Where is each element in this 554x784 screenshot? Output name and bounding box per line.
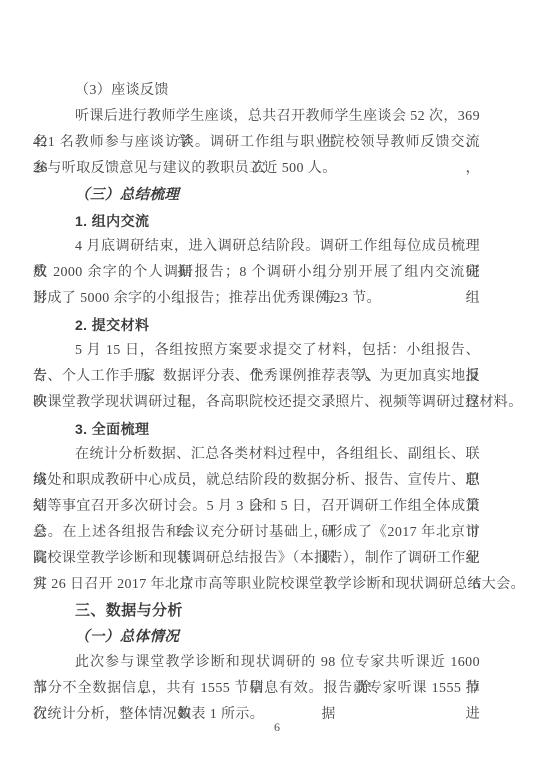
paragraph-line: 告、个人工作手册、数据评分表、优秀课例推荐表等。为更加真实地反映记录这 — [33, 364, 480, 390]
paragraph-line: 成 2000 余字的个人调研报告；8 个调研小组分别开展了组内交流研讨，每组 — [33, 260, 480, 286]
paragraph-line: 会。在上述各组报告和会议充分研讨基础上，形成了《2017 年北京市高等职业 — [33, 520, 480, 546]
paragraph-line: 月 26 日召开 2017 年北京市高等职业院校课堂教学诊断和现状调研总结大会。 — [33, 572, 480, 598]
paragraph-line: 成处和职成教研中心成员，就总结阶段的数据分析、报告、宣传片、总结会策 — [33, 468, 480, 494]
heading-subsection-overview: （一）总体情况 — [33, 624, 480, 650]
document-page: （3）座谈反馈 听课后进行教师学生座谈，总共召开教师学生座谈会 52 次，369… — [0, 0, 554, 784]
heading-section-summary: （三）总结梳理 — [33, 182, 480, 208]
heading-item-1-group-exchange: 1. 组内交流 — [33, 208, 480, 234]
paragraph-line: 院校课堂教学诊断和现状调研总结报告》（本报告），制作了调研工作纪实片，6 — [33, 546, 480, 572]
paragraph-line: 次课堂教学现状调研过程，各高职院校还提交了照片、视频等调研过程材料。 — [33, 390, 480, 416]
paragraph-line: 部分不全数据信息，共有 1555 节信息有效。报告就专家听课 1555 节次数据… — [33, 676, 480, 702]
paragraph-line: 听课后进行教师学生座谈，总共召开教师学生座谈会 52 次，369 名学生、 — [33, 104, 480, 130]
paragraph-line: 此次参与课堂教学诊断和现状调研的 98 位专家共听课近 1600 节，剔除掉 — [33, 650, 480, 676]
paragraph-line: 5 月 15 日，各组按照方案要求提交了材料，包括：小组报告、专家个人报 — [33, 338, 480, 364]
page-text-content: （3）座谈反馈 听课后进行教师学生座谈，总共召开教师学生座谈会 52 次，369… — [33, 78, 480, 728]
paragraph-line: 在统计分析数据、汇总各类材料过程中，各组组长、副组长、联络员、职 — [33, 442, 480, 468]
paragraph-line: 4 月底调研结束，进入调研总结阶段。调研工作组每位成员梳理数据，完 — [33, 234, 480, 260]
page-number: 6 — [0, 714, 554, 740]
heading-item-3-comprehensive-review: 3. 全面梳理 — [33, 416, 480, 442]
heading-feedback-item: （3）座谈反馈 — [33, 78, 480, 104]
heading-chapter-data-analysis: 三、数据与分析 — [33, 598, 480, 624]
paragraph-line: 划等事宜召开多次研讨会。5 月 3 日和 5 日，召开调研工作组全体成员总结研讨 — [33, 494, 480, 520]
heading-item-2-submit-materials: 2. 提交材料 — [33, 312, 480, 338]
paragraph-line: 421 名教师参与座谈访谈。调研工作组与职业院校领导教师反馈交流 26 次， — [33, 130, 480, 156]
